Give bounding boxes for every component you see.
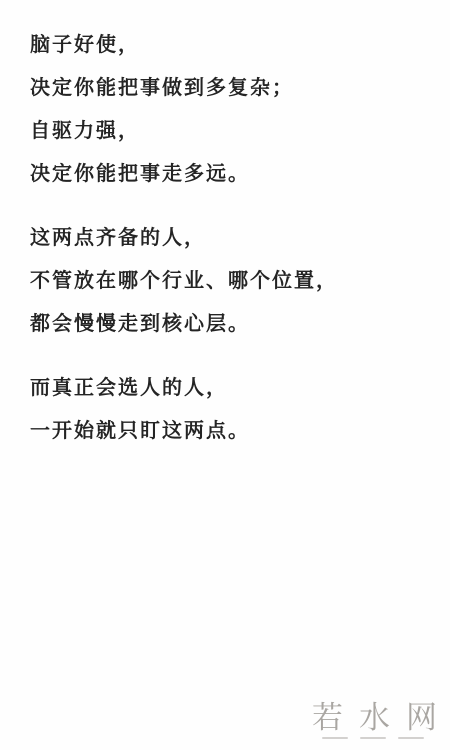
- quote-line: 都会慢慢走到核心层。: [30, 314, 430, 334]
- quote-line: 脑子好使，: [30, 35, 430, 55]
- watermark-text: 若水网: [312, 701, 442, 735]
- quote-page: 脑子好使， 决定你能把事做到多复杂； 自驱力强， 决定你能把事走多远。 这两点齐…: [0, 0, 450, 750]
- quote-line: 而真正会选人的人，: [30, 378, 430, 398]
- quote-line: 决定你能把事做到多复杂；: [30, 78, 430, 98]
- quote-line: 决定你能把事走多远。: [30, 164, 430, 184]
- paragraph-1: 脑子好使， 决定你能把事做到多复杂； 自驱力强， 决定你能把事走多远。: [30, 35, 430, 184]
- quote-line: 这两点齐备的人，: [30, 228, 430, 248]
- quote-line: 不管放在哪个行业、哪个位置，: [30, 271, 430, 291]
- quote-line: 一开始就只盯这两点。: [30, 421, 430, 441]
- quote-text-block: 脑子好使， 决定你能把事做到多复杂； 自驱力强， 决定你能把事走多远。 这两点齐…: [30, 35, 430, 485]
- paragraph-3: 而真正会选人的人， 一开始就只盯这两点。: [30, 378, 430, 441]
- watermark-subtext-marks: [312, 737, 442, 739]
- quote-line: 自驱力强，: [30, 121, 430, 141]
- watermark: 若水网: [312, 701, 442, 739]
- paragraph-2: 这两点齐备的人， 不管放在哪个行业、哪个位置， 都会慢慢走到核心层。: [30, 228, 430, 334]
